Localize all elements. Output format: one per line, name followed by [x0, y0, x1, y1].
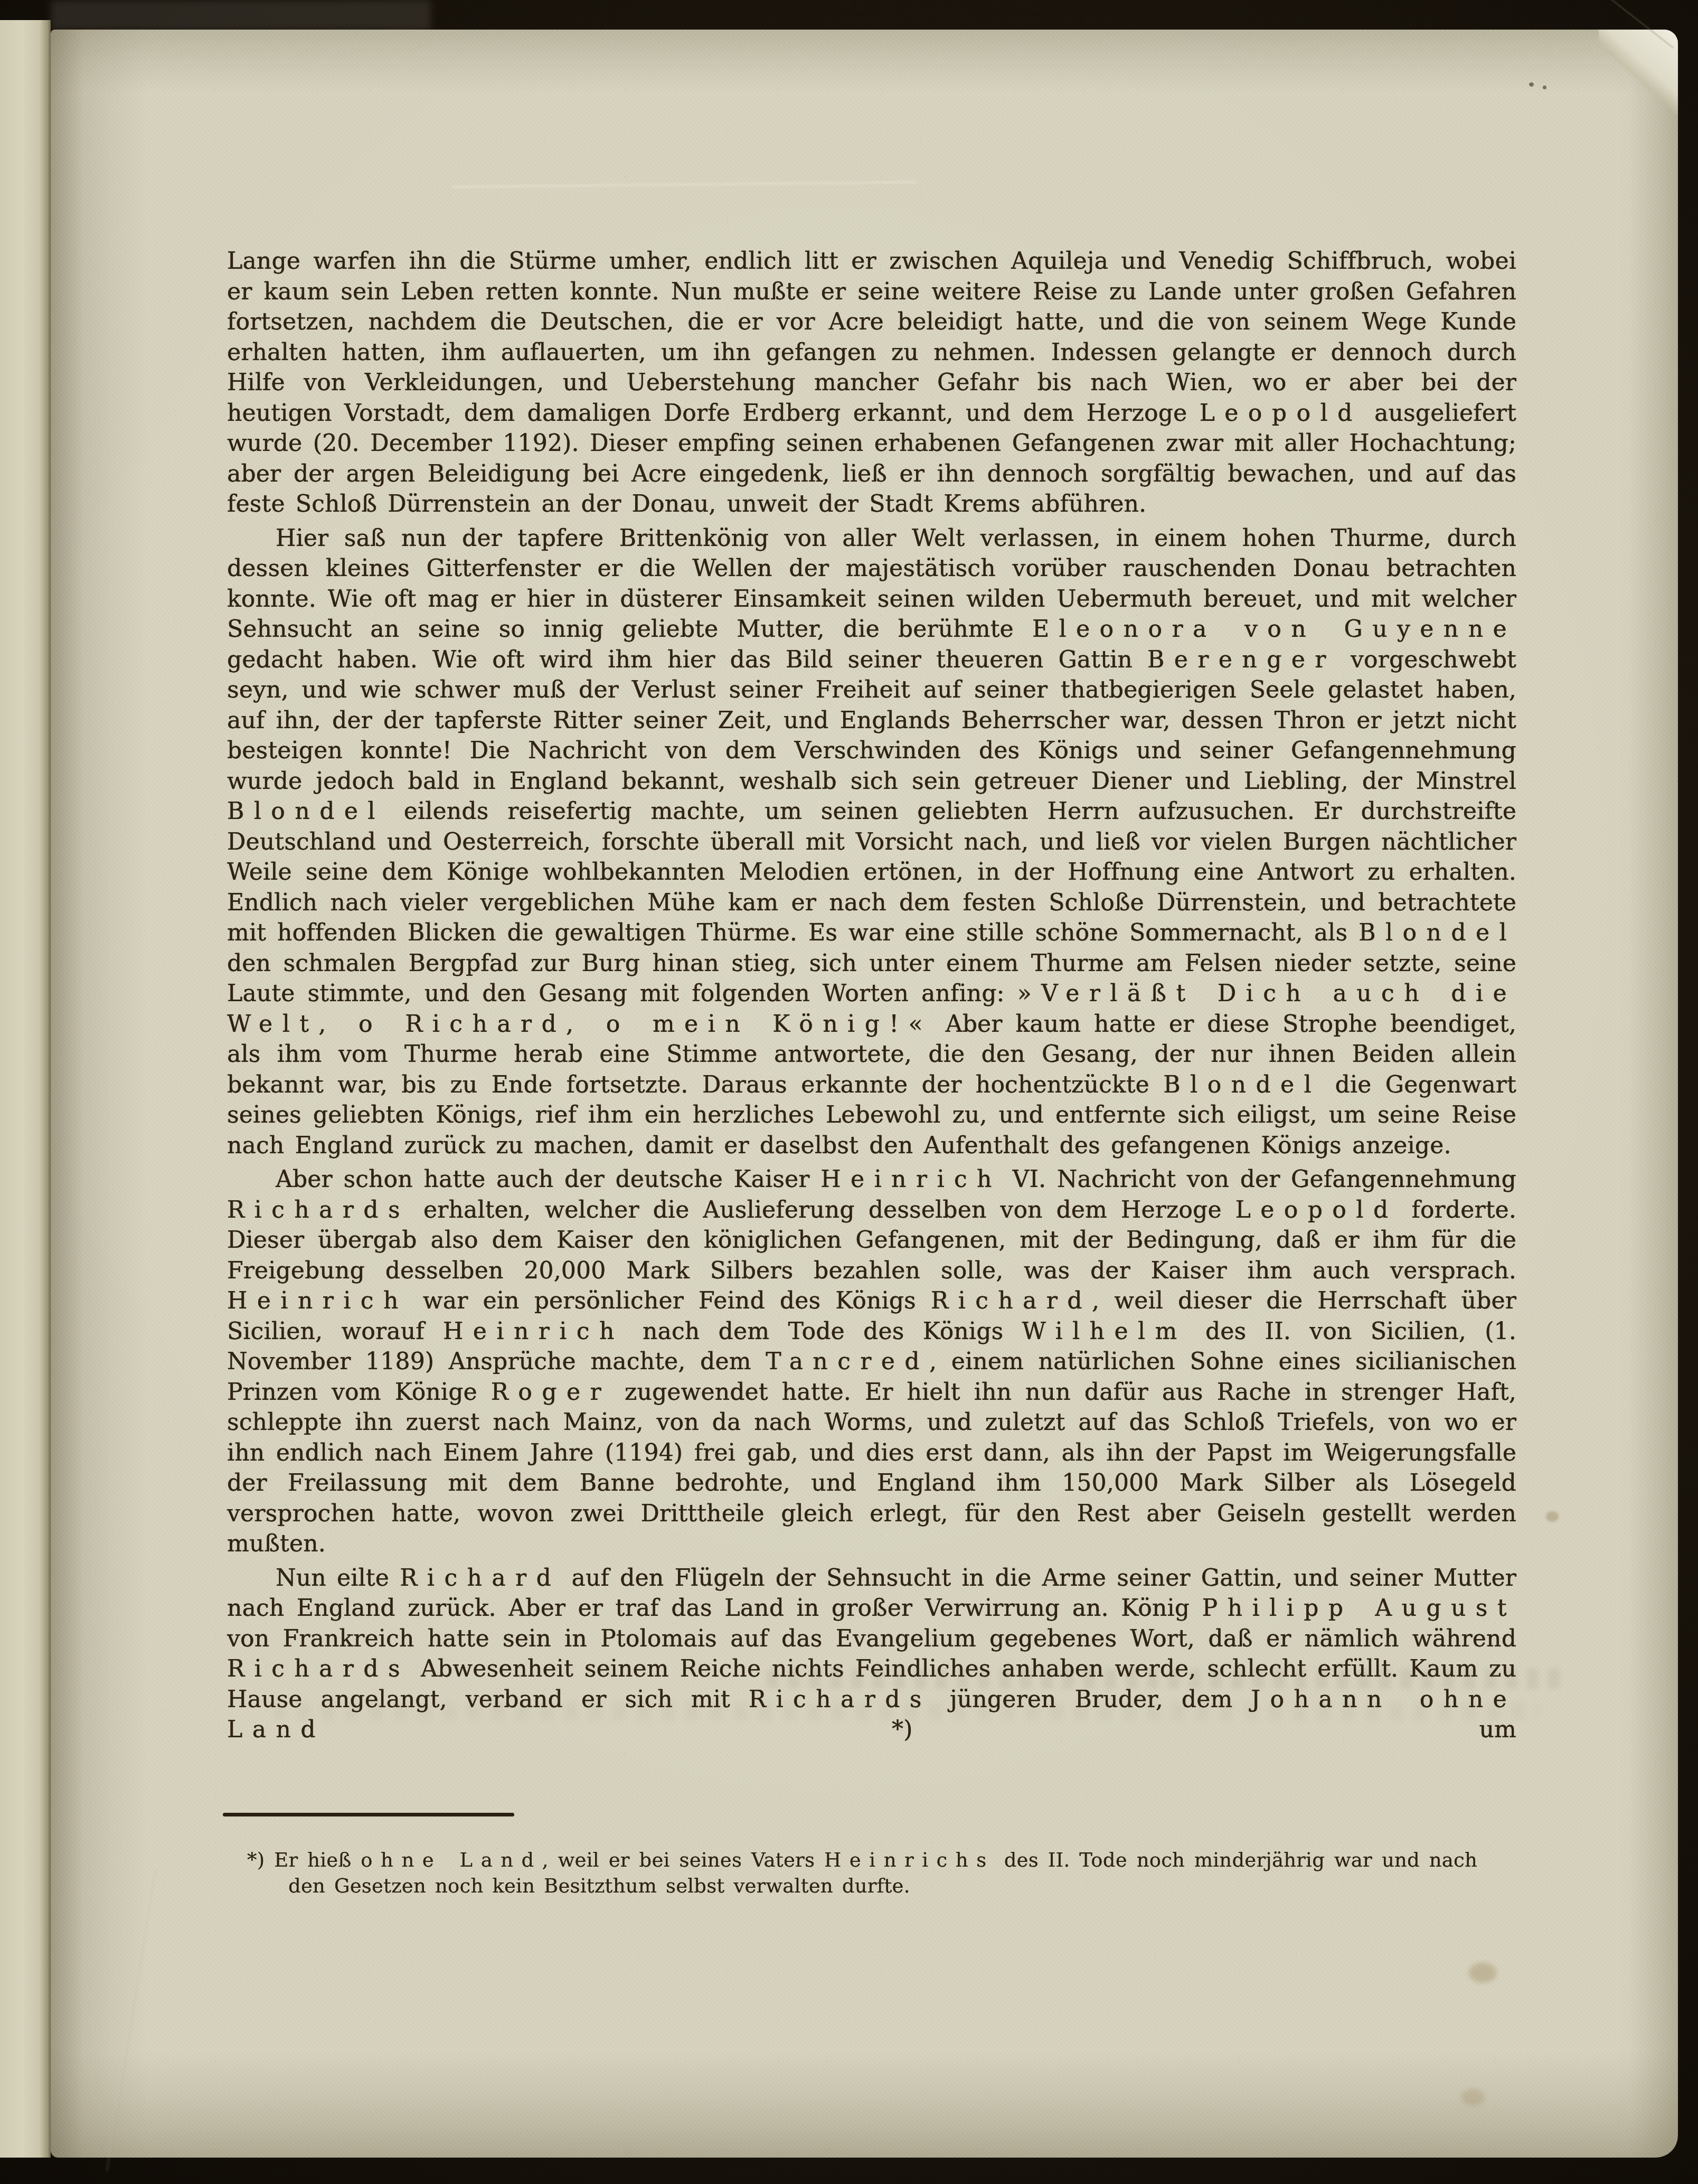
paper-crease: [452, 181, 917, 187]
spaced-name: Heinrichs: [824, 1849, 995, 1871]
spaced-name: Tancred: [766, 1348, 929, 1375]
spaced-name: Berenger: [1147, 646, 1336, 673]
text-run: Aber schon hatte auch der deutsche Kaise…: [276, 1166, 820, 1193]
spaced-name: Richards: [227, 1655, 410, 1682]
text-block: Lange warfen ihn die Stürme umher, endli…: [227, 246, 1516, 1899]
paper-stain: [1469, 1963, 1496, 1983]
text-run: VI. Nachricht von der Gefangennehmung: [1002, 1166, 1516, 1193]
text-run: *) um: [325, 1716, 1516, 1743]
dog-ear-fold: [1599, 30, 1678, 127]
spaced-name: Philipp August: [1202, 1595, 1516, 1622]
spaced-name: Richard: [400, 1565, 561, 1592]
text-run: erhalten, welcher die Auslieferung desse…: [410, 1197, 1235, 1223]
book-page: Lange warfen ihn die Stürme umher, endli…: [51, 30, 1678, 2158]
scanned-book-page: { "page": { "colors": { "paper": "#d8d4b…: [0, 0, 1698, 2184]
text-run: Nun eilte: [276, 1565, 400, 1592]
text-run: , weil er bei seines Vaters: [542, 1849, 824, 1871]
spaced-name: Heinrich: [820, 1166, 1002, 1193]
spaced-name: Blondel: [227, 798, 385, 825]
text-run: jüngeren Bruder, dem: [931, 1686, 1251, 1713]
paragraph: Aber schon hatte auch der deutsche Kaise…: [227, 1164, 1516, 1559]
text-run: eilends reisefertig machte, um seinen ge…: [227, 798, 1516, 946]
spaced-name: Blondel: [1359, 919, 1516, 946]
footnote: *) Er hieß ohne Land, weil er bei seines…: [247, 1847, 1477, 1899]
spaced-name: Richards: [749, 1686, 931, 1713]
ink-speck: [1529, 82, 1534, 87]
underlying-page-edge: [0, 20, 51, 2158]
spaced-name: Richard: [931, 1287, 1092, 1314]
paragraph: Nun eilte Richard auf den Flügeln der Se…: [227, 1563, 1516, 1745]
paper-crease-bottom: [106, 1869, 156, 2171]
paper-stain: [1546, 1511, 1559, 1522]
spaced-name: Leopold: [1235, 1197, 1398, 1223]
paragraph: Lange warfen ihn die Stürme umher, endli…: [227, 246, 1516, 520]
paragraph: Hier saß nun der tapfere Brittenkönig vo…: [227, 523, 1516, 1161]
spaced-name: Heinrich: [227, 1287, 408, 1314]
spaced-name: Heinrich: [443, 1318, 624, 1345]
text-run: gedacht haben. Wie oft wird ihm hier das…: [227, 646, 1147, 673]
text-run: *) Er hieß: [247, 1849, 361, 1871]
text-run: nach dem Tode des Königs: [624, 1318, 1022, 1345]
ink-speck: [1543, 86, 1546, 89]
spaced-name: Blondel: [1163, 1071, 1321, 1098]
spaced-name: Leopold: [1200, 400, 1362, 427]
spaced-name: Wilhelm: [1022, 1318, 1187, 1345]
spaced-name: Roger: [491, 1379, 611, 1406]
spaced-name: ohne Land: [361, 1849, 542, 1871]
footnote-separator-rule: [223, 1813, 514, 1816]
text-run: von Frankreich hatte sein in Ptolomais a…: [227, 1625, 1516, 1652]
footnote-text: *) Er hieß ohne Land, weil er bei seines…: [247, 1847, 1477, 1899]
spaced-name: Richards: [227, 1197, 410, 1223]
spaced-name: Eleonora von Guyenne: [1032, 616, 1516, 643]
book-edge-shadow: [51, 0, 431, 31]
text-run: war ein persönlicher Feind des Königs: [408, 1287, 931, 1314]
paper-stain: [1461, 2089, 1485, 2106]
